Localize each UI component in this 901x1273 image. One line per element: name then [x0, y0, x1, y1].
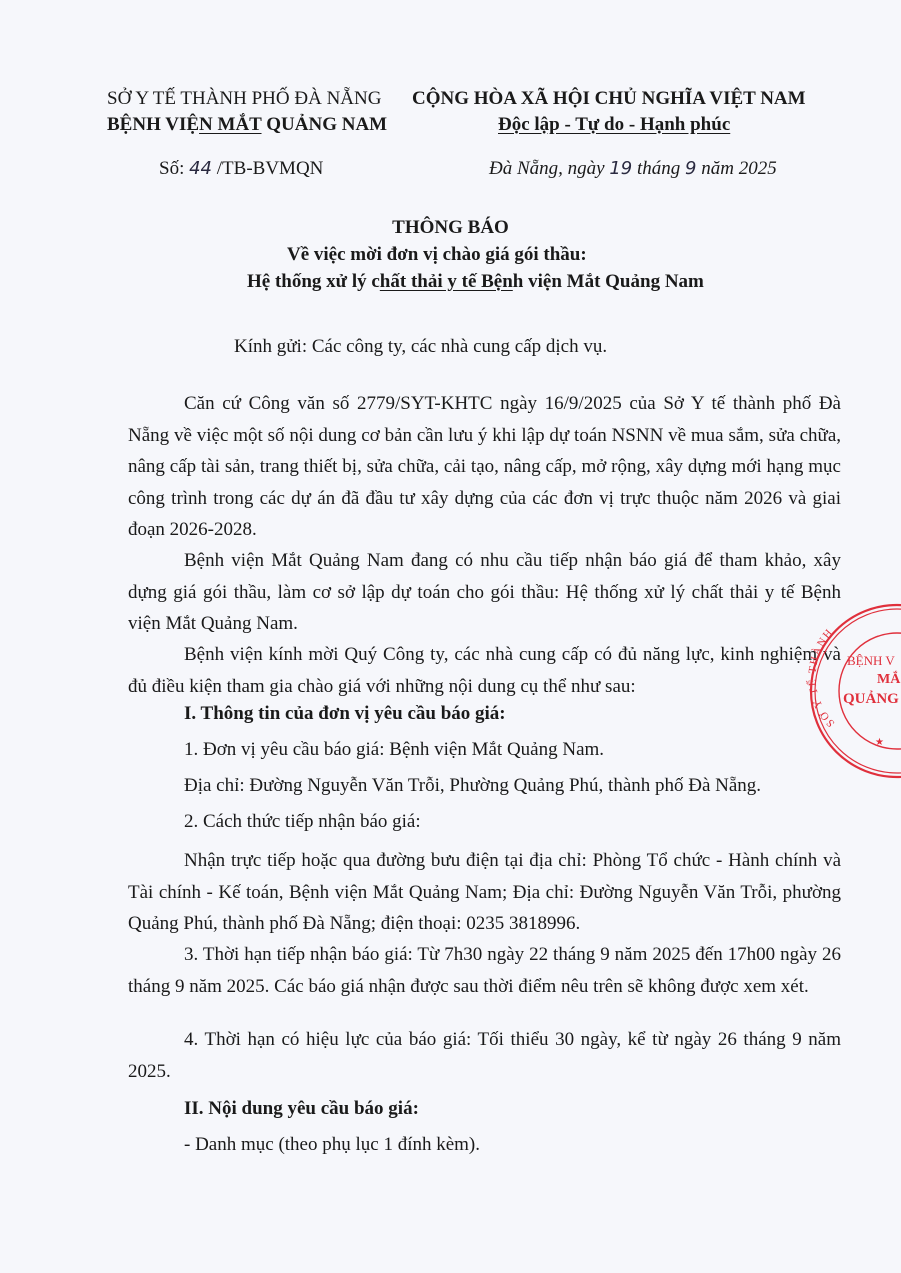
section-1-item-3: 3. Thời hạn tiếp nhận báo giá: Từ 7h30 n… — [128, 939, 841, 1002]
document-subtitle-1: Về việc mời đơn vị chào giá gói thầu: — [287, 244, 587, 266]
subtitle-part: h viện Mắt Quảng Nam — [513, 271, 704, 292]
document-page: SỞ Y TẾ THÀNH PHỐ ĐÀ NẴNG BỆNH VIỆN MẮT … — [0, 0, 901, 1273]
nation-name: CỘNG HÒA XÃ HỘI CHỦ NGHĨA VIỆT NAM — [412, 88, 806, 110]
hospital-name-part: QUẢNG NAM — [262, 114, 388, 135]
paragraph-purpose: Bệnh viện Mắt Quảng Nam đang có nhu cầu … — [128, 545, 841, 640]
hospital-name-underlined: N MẮT — [199, 114, 261, 135]
paragraph-invitation: Bệnh viện kính mời Quý Công ty, các nhà … — [128, 639, 841, 702]
date-suffix: năm 2025 — [696, 158, 776, 179]
number-label: Số: — [159, 158, 189, 179]
svg-text:SỞ Y TẾ THÀNH: SỞ Y TẾ THÀNH — [806, 626, 838, 729]
document-subtitle-2: Hệ thống xử lý chất thải y tế Bệnh viện … — [247, 271, 704, 293]
section-1-heading: I. Thông tin của đơn vị yêu cầu báo giá: — [184, 703, 506, 725]
official-stamp-icon: SỞ Y TẾ THÀNH BỆNH V MẮ QUẢNG ★ — [805, 603, 901, 783]
subtitle-underlined: hất thải y tế Bện — [380, 271, 513, 292]
section-1-address: Địa chỉ: Đường Nguyễn Văn Trỗi, Phường Q… — [184, 775, 761, 797]
section-1-item-1: 1. Đơn vị yêu cầu báo giá: Bệnh viện Mắt… — [184, 739, 604, 761]
number-suffix: /TB-BVMQN — [212, 158, 323, 179]
number-handwritten: 44 — [189, 158, 212, 179]
section-1-item-2-detail: Nhận trực tiếp hoặc qua đường bưu điện t… — [128, 845, 841, 940]
date-day-handwritten: 19 — [609, 158, 632, 179]
hospital-name-part: BỆNH VIỆ — [107, 114, 199, 135]
subtitle-part: Hệ thống xử lý c — [247, 271, 380, 292]
document-number: Số: 44 /TB-BVMQN — [159, 158, 323, 180]
svg-text:BỆNH V: BỆNH V — [847, 653, 895, 668]
date-month-handwritten: 9 — [685, 158, 696, 179]
document-date: Đà Nẵng, ngày 19 tháng 9 năm 2025 — [489, 158, 777, 180]
recipient-line: Kính gửi: Các công ty, các nhà cung cấp … — [234, 336, 607, 358]
svg-text:★: ★ — [875, 737, 884, 748]
svg-text:MẮ: MẮ — [877, 670, 901, 687]
section-2-item-1: - Danh mục (theo phụ lục 1 đính kèm). — [184, 1134, 480, 1156]
national-motto: Độc lập - Tự do - Hạnh phúc — [498, 114, 730, 136]
document-title: THÔNG BÁO — [0, 217, 901, 239]
date-mid: tháng — [632, 158, 685, 179]
date-prefix: Đà Nẵng, ngày — [489, 158, 609, 179]
section-2-heading: II. Nội dung yêu cầu báo giá: — [184, 1098, 419, 1120]
section-1-item-2: 2. Cách thức tiếp nhận báo giá: — [184, 811, 421, 833]
svg-text:QUẢNG: QUẢNG — [843, 690, 899, 707]
section-1-item-4: 4. Thời hạn có hiệu lực của báo giá: Tối… — [128, 1024, 841, 1087]
paragraph-legal-basis: Căn cứ Công văn số 2779/SYT-KHTC ngày 16… — [128, 388, 841, 546]
hospital-name: BỆNH VIỆN MẮT QUẢNG NAM — [107, 114, 387, 136]
agency-name: SỞ Y TẾ THÀNH PHỐ ĐÀ NẴNG — [107, 88, 381, 110]
